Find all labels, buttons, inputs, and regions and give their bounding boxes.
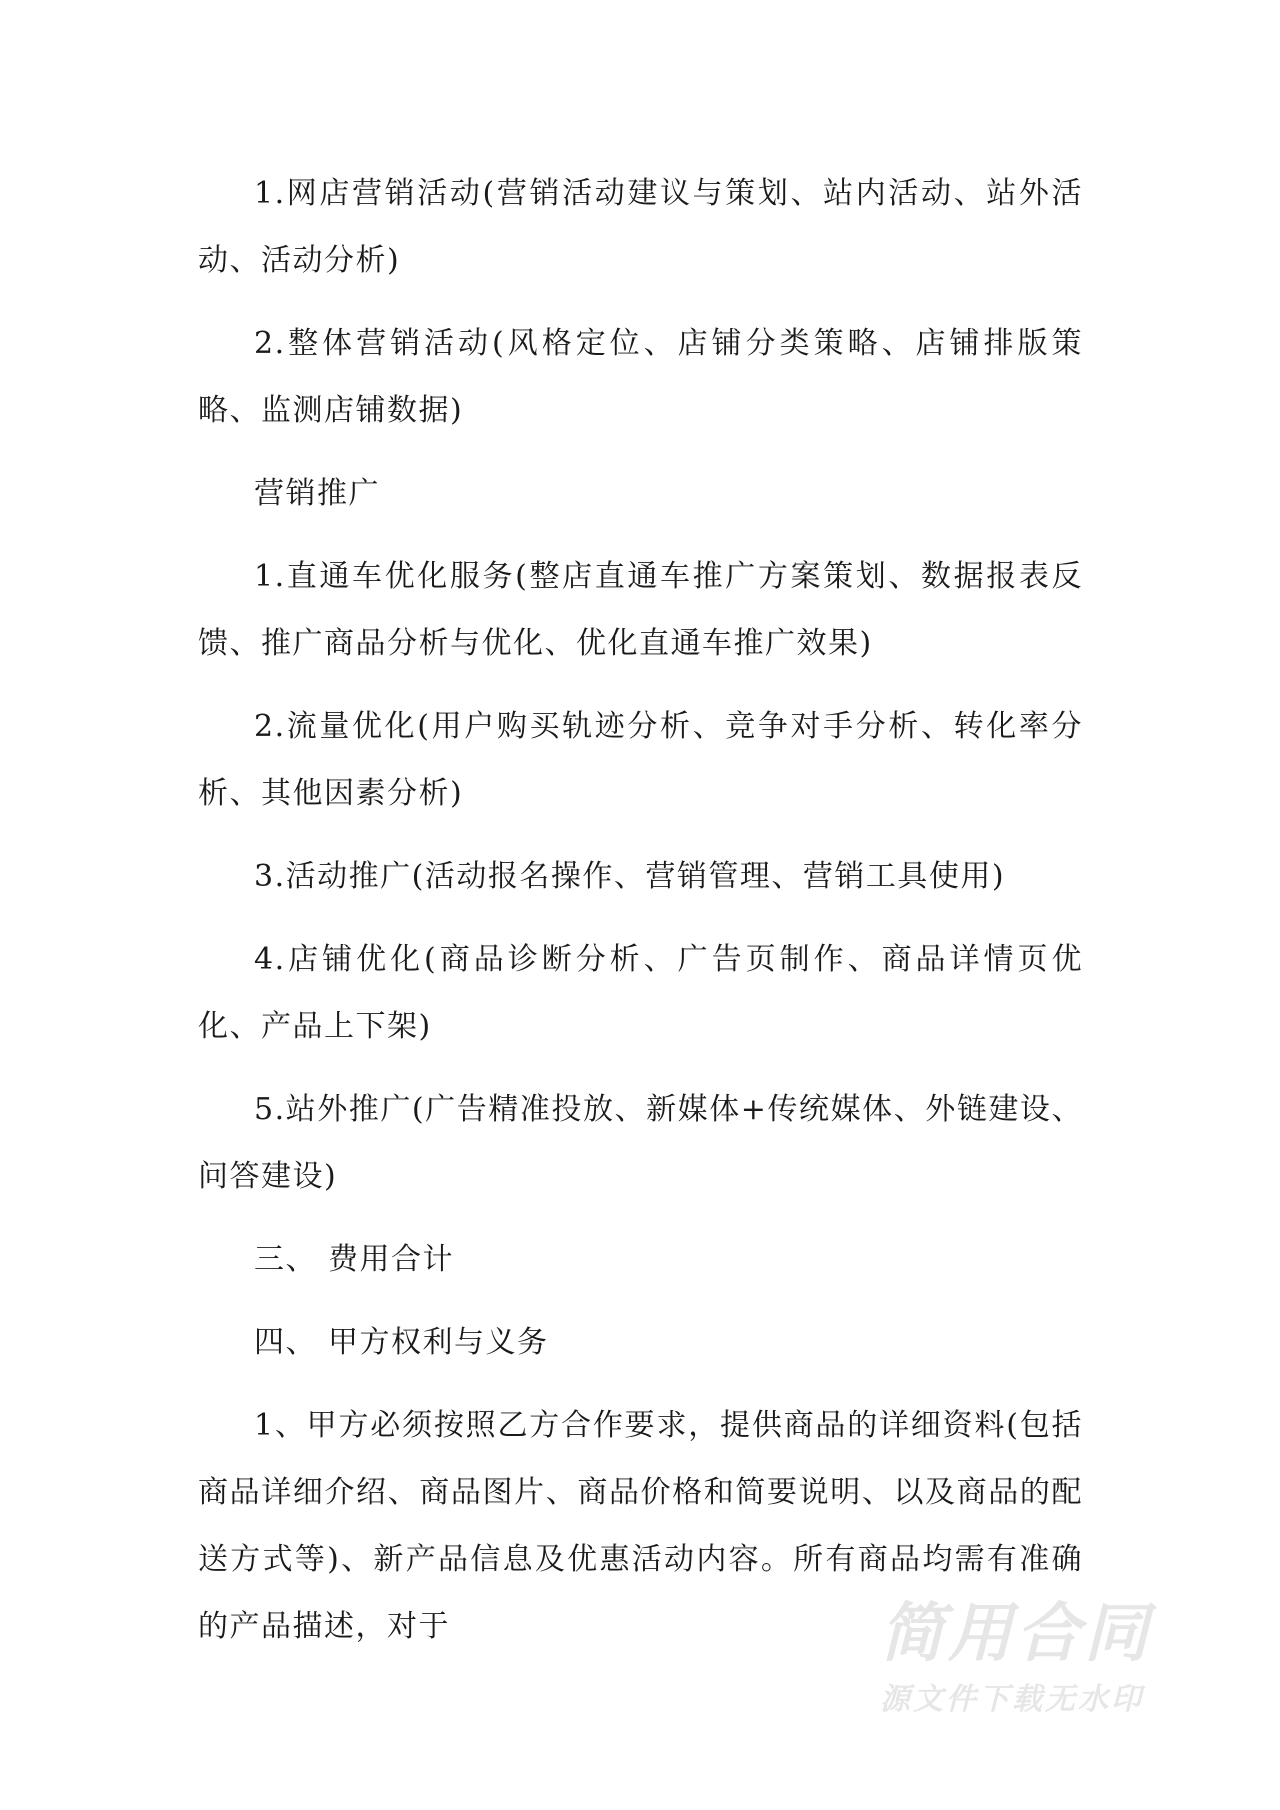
section-heading-marketing-promotion: 营销推广 — [198, 460, 1083, 543]
paragraph-activity-promotion: 3.活动推广(活动报名操作、营销管理、营销工具使用) — [198, 843, 1083, 926]
paragraph-traffic-optimization: 2.流量优化(用户购买轨迹分析、竞争对手分析、转化率分析、其他因素分析) — [198, 693, 1083, 843]
section-heading-party-a-rights: 四、 甲方权利与义务 — [198, 1309, 1083, 1392]
paragraph-offsite-promotion: 5.站外推广(广告精准投放、新媒体+传统媒体、外链建设、问答建设) — [198, 1076, 1083, 1226]
document-page: 1.网店营销活动(营销活动建议与策划、站内活动、站外活动、活动分析) 2.整体营… — [198, 160, 1083, 1676]
section-heading-cost-total: 三、 费用合计 — [198, 1226, 1083, 1309]
paragraph-overall-marketing: 2.整体营销活动(风格定位、店铺分类策略、店铺排版策略、监测店铺数据) — [198, 310, 1083, 460]
watermark-subtitle-text: 源文件下载无水印 — [880, 1680, 1200, 1720]
paragraph-through-train-optimization: 1.直通车优化服务(整店直通车推广方案策划、数据报表反馈、推广商品分析与优化、优… — [198, 543, 1083, 693]
paragraph-party-a-obligation-1: 1、甲方必须按照乙方合作要求，提供商品的详细资料(包括商品详细介绍、商品图片、商… — [198, 1392, 1083, 1676]
paragraph-store-optimization: 4.店铺优化(商品诊断分析、广告页制作、商品详情页优化、产品上下架) — [198, 926, 1083, 1076]
paragraph-online-store-marketing: 1.网店营销活动(营销活动建议与策划、站内活动、站外活动、活动分析) — [198, 160, 1083, 310]
